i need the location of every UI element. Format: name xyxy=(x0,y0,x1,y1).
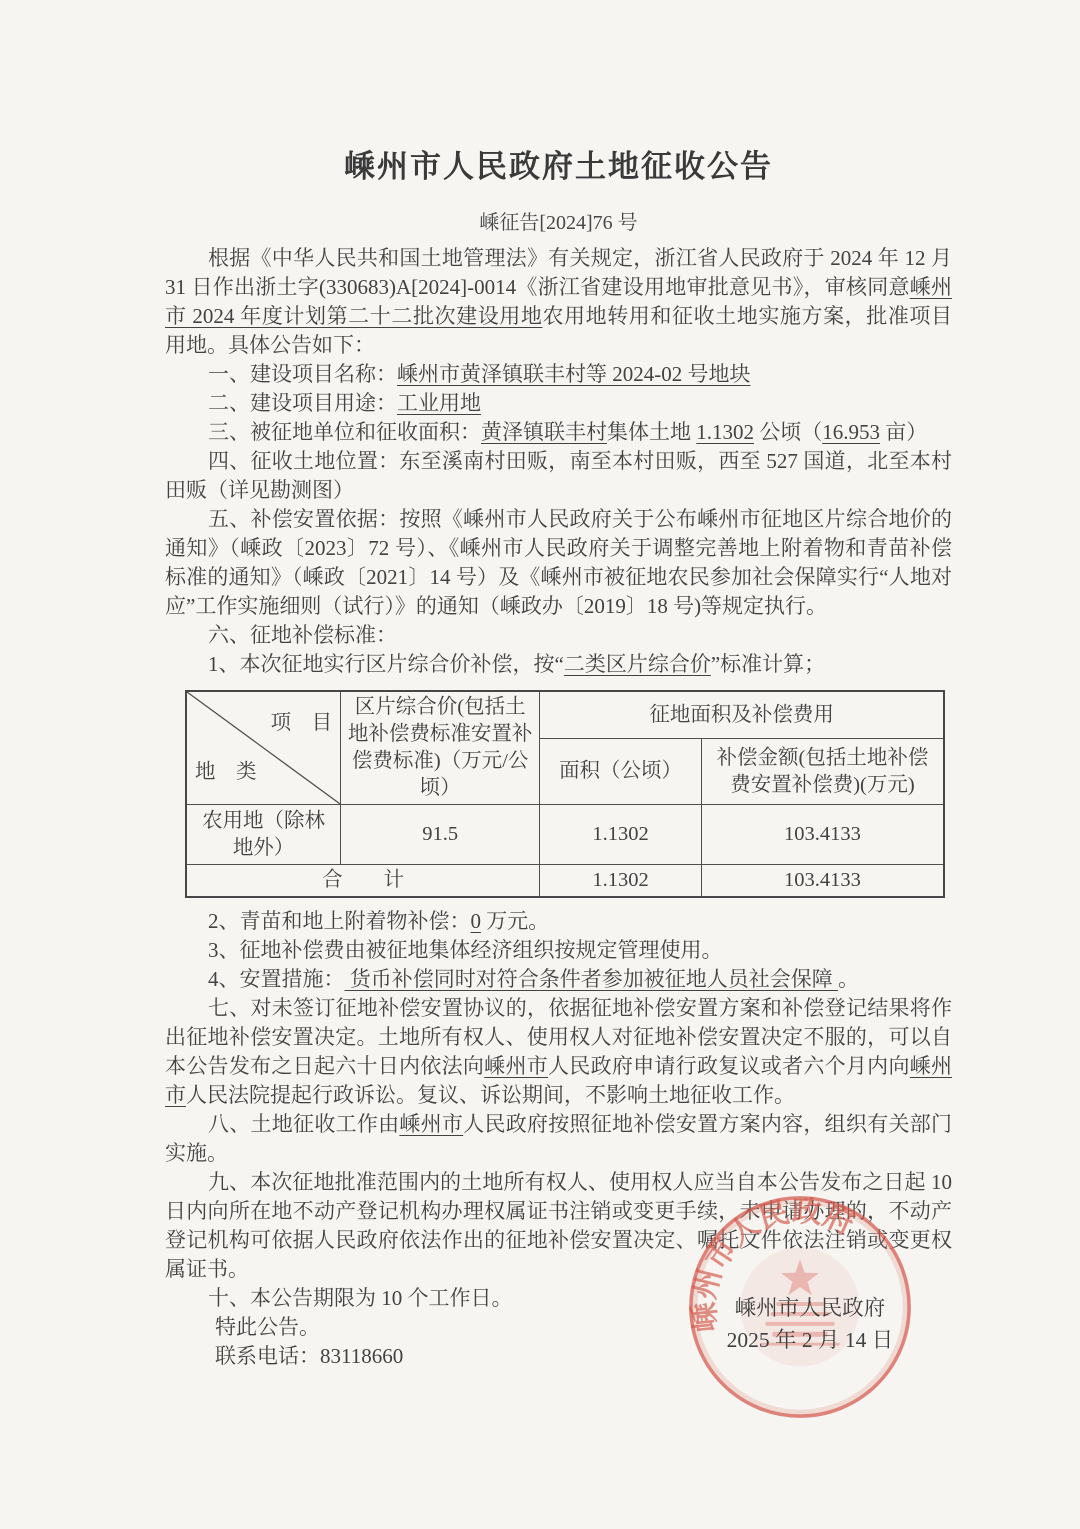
item-8-text: 八、土地征收工作由 xyxy=(208,1112,399,1136)
signature-issuer: 嵊州市人民政府 xyxy=(690,1292,930,1324)
table-header-amount: 补偿金额(包括土地补偿费安置补偿费)(万元) xyxy=(701,739,944,805)
cell-total-area: 1.1302 xyxy=(540,865,702,898)
item-6-1: 1、本次征地实行区片综合价补偿，按“二类区片综合价”标准计算； xyxy=(165,650,952,679)
item-8: 八、土地征收工作由嵊州市人民政府按照征地补偿安置方案内容，组织有关部门实施。 xyxy=(165,1110,952,1168)
doc-number: 嵊征告[2024]76 号 xyxy=(165,206,952,235)
diagonal-divider xyxy=(187,692,340,804)
item-1-label: 一、建设项目名称： xyxy=(208,362,397,386)
item-6-4: 4、安置措施： 货币补偿同时对符合条件者参加被征地人员社会保障 。 xyxy=(165,965,952,994)
item-6-1-text-post: ”标准计算； xyxy=(711,652,825,676)
item-3-hectares: 1.1302 xyxy=(696,420,754,444)
item-6-4-text: 4、安置措施： xyxy=(208,967,345,991)
intro-text: 根据《中华人民共和国土地管理法》有关规定，浙江省人民政府于 2024 年 12 … xyxy=(165,246,952,299)
item-6-1-text: 1、本次征地实行区片综合价补偿，按“ xyxy=(208,652,564,676)
item-4: 四、征收土地位置：东至溪南村田贩，南至本村田贩，西至 527 国道，北至本村田贩… xyxy=(165,447,952,505)
cell-total-label: 合 计 xyxy=(186,865,540,898)
item-7: 七、对未签订征地补偿安置协议的，依据征地补偿安置方案和补偿登记结果将作出征地补偿… xyxy=(165,994,952,1110)
item-3-text3: 亩） xyxy=(880,420,927,444)
table-header-price: 区片综合价(包括土地补偿费标准安置补偿费标准)（万元/公顷） xyxy=(341,691,540,805)
item-6-3: 3、征地补偿费由被征地集体经济组织按规定管理使用。 xyxy=(165,936,952,965)
item-5: 五、补偿安置依据：按照《嵊州市人民政府关于公布嵊州市征地区片综合地价的通知》（嵊… xyxy=(165,505,952,621)
item-6: 六、征地补偿标准： xyxy=(165,621,952,650)
item-7-underlined1: 嵊州市 xyxy=(484,1054,548,1078)
item-6-2-underlined: 0 xyxy=(471,909,482,933)
table-total-row: 合 计 1.1302 103.4133 xyxy=(186,865,944,898)
item-2: 二、建设项目用途：工业用地 xyxy=(165,389,952,418)
table-corner-bottom-label: 地 类 xyxy=(195,759,257,786)
page-title: 嵊州市人民政府土地征收公告 xyxy=(165,141,952,186)
item-6-2-text: 2、青苗和地上附着物补偿： xyxy=(208,909,471,933)
item-2-value: 工业用地 xyxy=(397,391,481,415)
item-1: 一、建设项目名称：嵊州市黄泽镇联丰村等 2024-02 号地块 xyxy=(165,360,952,389)
intro-paragraph: 根据《中华人民共和国土地管理法》有关规定，浙江省人民政府于 2024 年 12 … xyxy=(165,244,952,360)
item-3-text2: 公顷（ xyxy=(754,420,822,444)
cell-land-type: 农用地（除林地外） xyxy=(186,805,341,865)
table-header-group: 征地面积及补偿费用 xyxy=(540,691,944,739)
signature-date: 2025 年 2 月 14 日 xyxy=(690,1324,930,1356)
item-7-text2: 人民法院提起行政诉讼。复议、诉讼期间，不影响土地征收工作。 xyxy=(186,1083,795,1107)
item-8-underlined: 嵊州市 xyxy=(399,1112,463,1136)
table-corner-cell: 项 目 地 类 xyxy=(186,691,341,805)
cell-amount: 103.4133 xyxy=(701,805,944,865)
item-3-village: 黄泽镇联丰村 xyxy=(481,420,607,444)
table-row: 农用地（除林地外） 91.5 1.1302 103.4133 xyxy=(186,805,944,865)
document-page: 嵊州市人民政府土地征收公告 嵊征告[2024]76 号 根据《中华人民共和国土地… xyxy=(0,0,1080,1529)
cell-total-amount: 103.4133 xyxy=(701,865,944,898)
item-6-2-text-post: 万元。 xyxy=(481,909,549,933)
cell-price: 91.5 xyxy=(341,805,540,865)
item-7-text1: 人民政府申请行政复议或者六个月内向 xyxy=(548,1054,910,1078)
item-2-label: 二、建设项目用途： xyxy=(208,391,397,415)
document-content: 嵊州市人民政府土地征收公告 嵊征告[2024]76 号 根据《中华人民共和国土地… xyxy=(165,0,952,1371)
item-3: 三、被征地单位和征收面积：黄泽镇联丰村集体土地 1.1302 公顷（16.953… xyxy=(165,418,952,447)
cell-area: 1.1302 xyxy=(540,805,702,865)
item-3-mu: 16.953 xyxy=(822,420,880,444)
item-6-4-text-post: 。 xyxy=(838,967,859,991)
item-1-value: 嵊州市黄泽镇联丰村等 2024-02 号地块 xyxy=(397,362,751,386)
signature-block: 嵊州市人民政府 2025 年 2 月 14 日 xyxy=(690,1292,930,1356)
compensation-table: 项 目 地 类 区片综合价(包括土地补偿费标准安置补偿费标准)（万元/公顷） 征… xyxy=(185,690,945,898)
table-corner-top-label: 项 目 xyxy=(271,710,333,737)
item-6-4-underlined: 货币补偿同时对符合条件者参加被征地人员社会保障 xyxy=(345,967,839,991)
item-6-2: 2、青苗和地上附着物补偿：0 万元。 xyxy=(165,907,952,936)
item-3-label: 三、被征地单位和征收面积： xyxy=(208,420,481,444)
item-6-1-underlined: 二类区片综合价 xyxy=(564,652,711,676)
table-header-area: 面积（公顷） xyxy=(540,739,702,805)
item-3-text1: 集体土地 xyxy=(607,420,696,444)
